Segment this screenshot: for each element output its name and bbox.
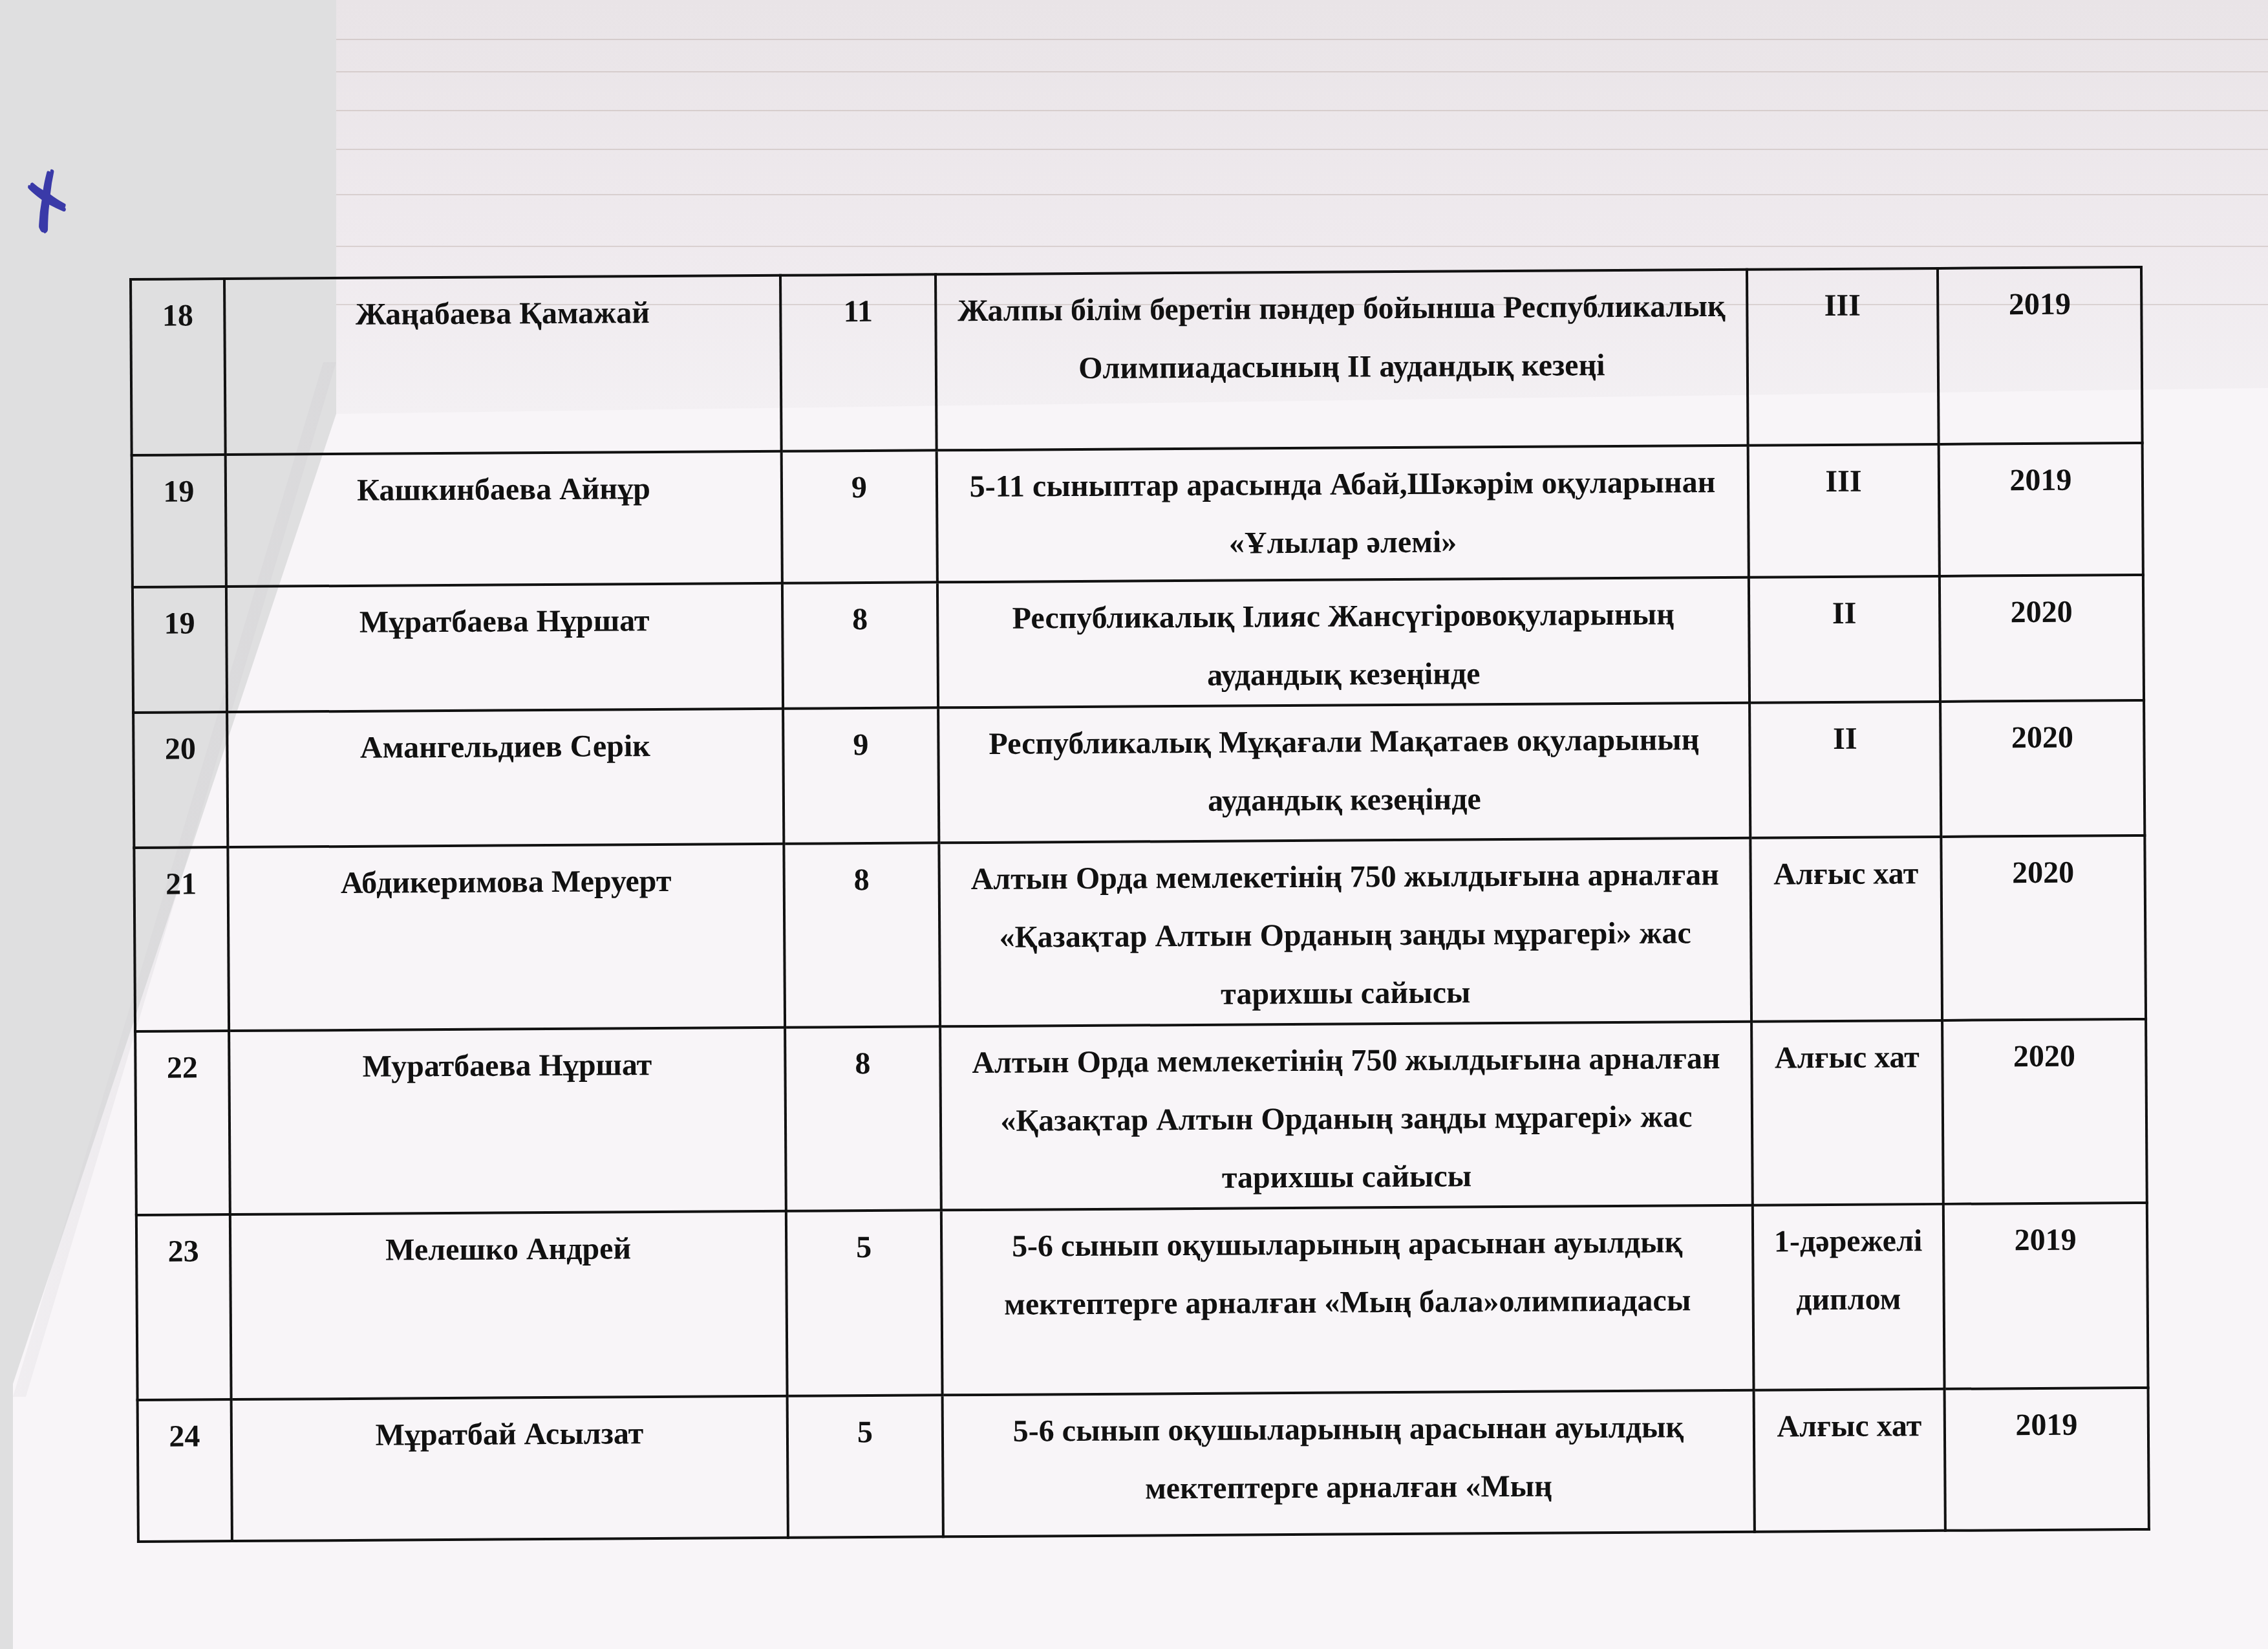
student-name: Кашкинбаева Айнұр: [226, 451, 782, 587]
event-name: 5-11 сыныптар арасында Абай,Шәкәрім оқул…: [937, 446, 1749, 583]
student-name: Муратбаева Нұршат: [229, 1028, 786, 1214]
place: 1-дәрежелі диплом: [1753, 1204, 1945, 1390]
row-number: 24: [138, 1399, 232, 1542]
year: 2019: [1938, 267, 2143, 444]
event-name: Алтын Орда мемлекетінің 750 жылдығына ар…: [939, 838, 1751, 1027]
table-row: 19 Мұратбаева Нұршат 8 Республикалық Іли…: [133, 575, 2144, 713]
event-name: 5-6 сынып оқушыларының арасынан ауылдық …: [943, 1390, 1755, 1537]
row-number: 20: [133, 712, 228, 848]
student-name: Мұратбай Асылзат: [231, 1396, 788, 1541]
year: 2020: [1941, 835, 2146, 1020]
student-name: Мұратбаева Нұршат: [226, 583, 783, 712]
grade: 9: [783, 707, 939, 843]
year: 2019: [1943, 1203, 2148, 1389]
event-name: Жалпы білім беретін пәндер бойынша Респу…: [936, 270, 1748, 451]
place: II: [1749, 702, 1941, 838]
year: 2020: [1940, 700, 2145, 837]
table-row: 20 Амангельдиев Серік 9 Республикалық Мұ…: [133, 700, 2145, 848]
grade: 8: [782, 582, 938, 708]
event-name: Республикалық Мұқағали Мақатаев оқуларын…: [938, 703, 1750, 843]
row-number: 19: [132, 455, 226, 587]
place: II: [1749, 576, 1940, 703]
student-name: Жаңабаева Қамажай: [224, 275, 782, 455]
event-name: Республикалық Ілияс Жансүгіровоқуларының…: [937, 577, 1749, 708]
row-number: 22: [135, 1031, 230, 1215]
table-row: 22 Муратбаева Нұршат 8 Алтын Орда мемлек…: [135, 1019, 2147, 1215]
table-row: 18 Жаңабаева Қамажай 11 Жалпы білім бере…: [131, 267, 2143, 455]
place: Алғыс хат: [1754, 1389, 1945, 1532]
table-row: 23 Мелешко Андрей 5 5-6 сынып оқушыларын…: [136, 1203, 2148, 1400]
grade: 9: [782, 450, 937, 583]
year: 2020: [1942, 1019, 2147, 1204]
grade: 5: [787, 1395, 943, 1537]
table-row: 24 Мұратбай Асылзат 5 5-6 сынып оқушылар…: [138, 1388, 2149, 1542]
grade: 8: [785, 1026, 941, 1211]
awards-table: 18 Жаңабаева Қамажай 11 Жалпы білім бере…: [129, 266, 2150, 1543]
row-number: 23: [136, 1214, 231, 1400]
place: Алғыс хат: [1750, 837, 1942, 1022]
grade: 11: [780, 274, 937, 451]
place: III: [1747, 268, 1939, 446]
place: III: [1748, 444, 1940, 577]
event-name: 5-6 сынып оқушыларының арасынан ауылдық …: [941, 1205, 1754, 1396]
row-number: 19: [133, 587, 227, 713]
row-number: 18: [131, 279, 226, 455]
student-name: Мелешко Андрей: [230, 1211, 787, 1399]
year: 2020: [1940, 575, 2144, 702]
year: 2019: [1939, 443, 2143, 576]
grade: 8: [784, 843, 940, 1027]
event-name: Алтын Орда мемлекетінің 750 жылдығына ар…: [940, 1022, 1753, 1211]
place: Алғыс хат: [1751, 1020, 1943, 1205]
row-number: 21: [134, 847, 229, 1031]
year: 2019: [1945, 1388, 2149, 1531]
table-row: 19 Кашкинбаева Айнұр 9 5-11 сыныптар ара…: [132, 443, 2143, 587]
student-name: Абдикеримова Меруерт: [228, 844, 785, 1031]
table-row: 21 Абдикеримова Меруерт 8 Алтын Орда мем…: [134, 835, 2146, 1031]
grade: 5: [786, 1210, 943, 1396]
student-name: Амангельдиев Серік: [227, 709, 784, 847]
